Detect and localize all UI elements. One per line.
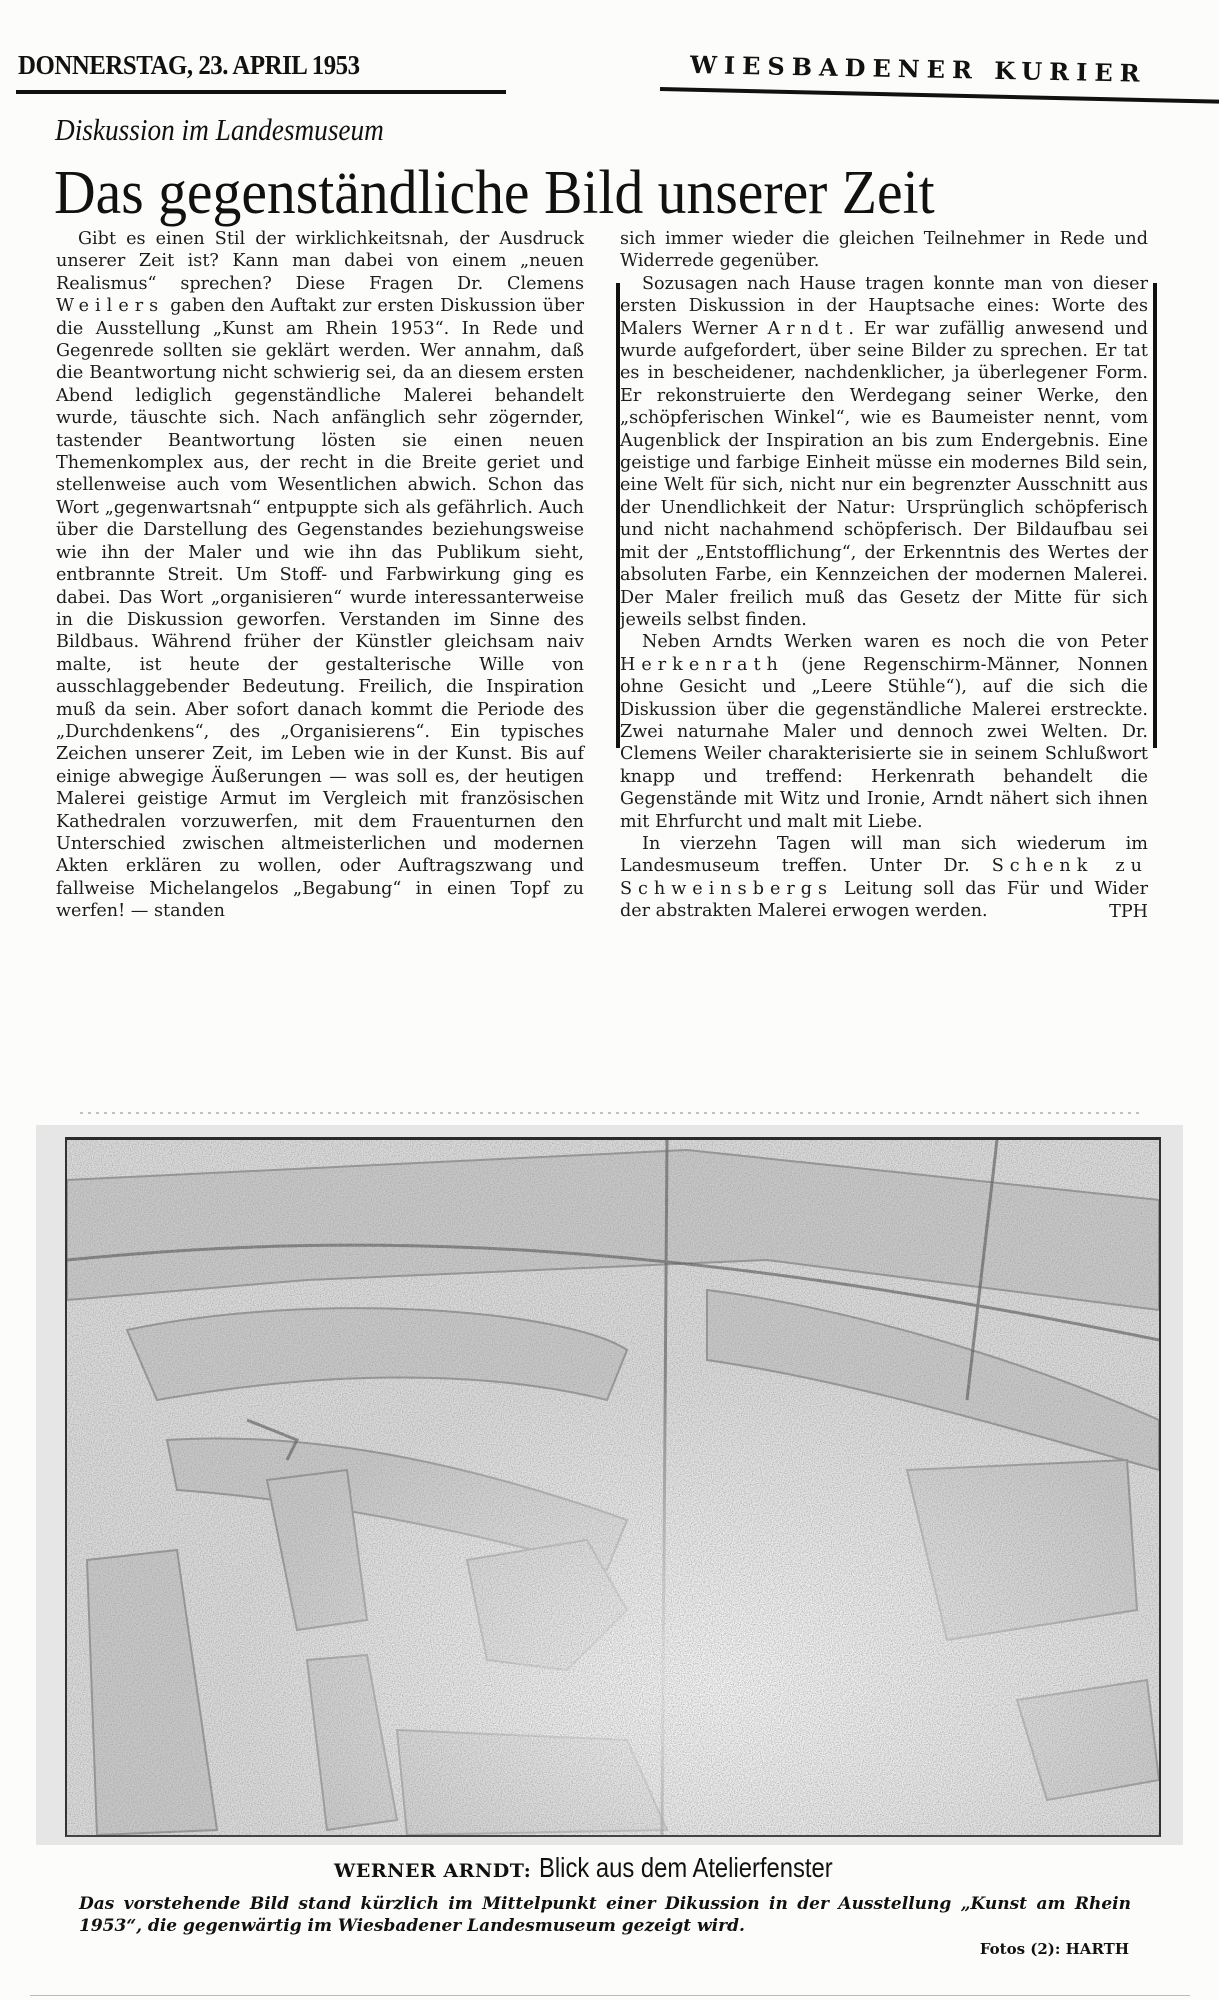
painting-photo: [65, 1137, 1161, 1837]
photo-title: WERNER ARNDT: Blick aus dem Atelierfenst…: [0, 1852, 1219, 1884]
person-name: Weilers: [56, 296, 164, 316]
paragraph: Neben Arndts Werken waren es noch die vo…: [620, 631, 1148, 833]
painting-image: [67, 1140, 1159, 1835]
person-name: Arndt: [768, 319, 849, 339]
person-name: Schenk: [992, 856, 1094, 876]
paragraph-boxed: Sozusagen nach Hause tragen konnte man v…: [620, 273, 1148, 632]
box-rule-right: [1153, 283, 1157, 748]
article-kicker: Diskussion im Landesmuseum: [55, 112, 384, 148]
photo-caption: Das vorstehende Bild stand kürzlich im M…: [79, 1893, 1131, 1937]
article-column-left: Gibt es einen Stil der wirklichkeitsnah,…: [56, 228, 584, 923]
article-column-right: sich immer wieder die gleichen Teilnehme…: [620, 228, 1148, 923]
bottom-rule: [30, 1995, 1190, 1996]
artwork-title: Blick aus dem Atelierfenster: [539, 1852, 833, 1884]
person-name: Herkenrath: [620, 655, 784, 675]
newspaper-masthead: WIESBADENER KURIER: [690, 50, 1147, 88]
photo-credit: Fotos (2): HARTH: [980, 1940, 1129, 1958]
artist-name: WERNER ARNDT:: [334, 1860, 531, 1882]
article-headline: Das gegenständliche Bild unserer Zeit: [54, 158, 935, 229]
dateline: DONNERSTAG, 23. APRIL 1953: [18, 50, 360, 81]
paragraph: sich immer wieder die gleichen Teilnehme…: [620, 228, 1148, 273]
header-rule-right: [660, 87, 1219, 104]
header-rule-left: [16, 90, 506, 94]
separator-dots: [80, 1112, 1140, 1114]
paragraph: Gibt es einen Stil der wirklichkeitsnah,…: [56, 228, 584, 923]
